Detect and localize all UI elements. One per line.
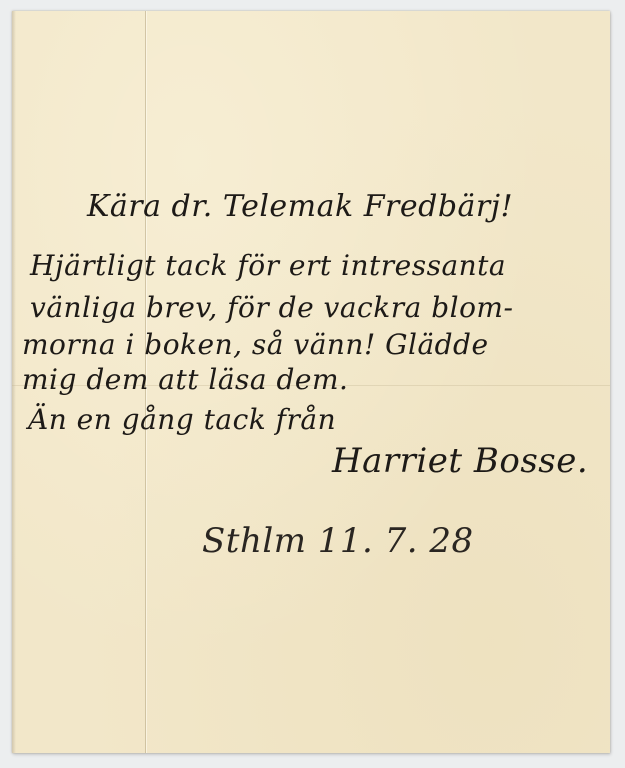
salutation: Kära dr. Telemak Fredbärj! <box>87 189 513 224</box>
body-line: morna i boken, så vänn! Glädde <box>22 328 489 361</box>
closing-line: Än en gång tack från <box>28 403 336 436</box>
body-line: Hjärtligt tack för ert intressanta <box>30 249 506 282</box>
body-line: vänliga brev, för de vackra blom- <box>30 291 513 324</box>
signature: Harriet Bosse. <box>332 441 588 481</box>
place-date: Sthlm 11. 7. 28 <box>202 521 474 561</box>
letter-paper: Kära dr. Telemak Fredbärj! Hjärtligt tac… <box>12 11 610 753</box>
body-line: mig dem att läsa dem. <box>22 363 348 396</box>
